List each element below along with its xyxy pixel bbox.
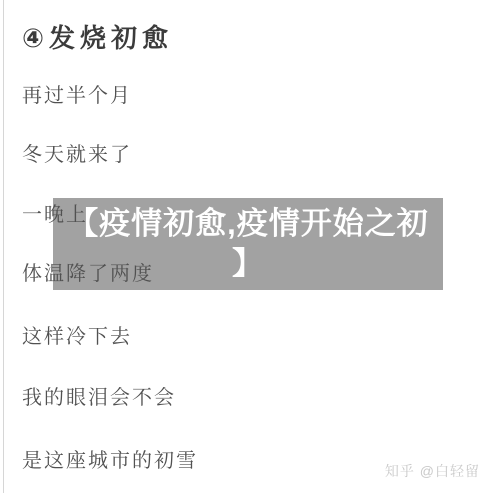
quote-left-border	[3, 0, 4, 493]
article-heading: ④发烧初愈	[22, 18, 173, 55]
poem-line: 再过半个月	[22, 85, 132, 107]
caption-line-2: 】	[232, 244, 264, 284]
poem-line: 这样冷下去	[22, 326, 132, 348]
poem-line: 是这座城市的初雪	[22, 450, 198, 472]
article-page: ④发烧初愈 再过半个月 冬天就来了 一晚上 体温降了两度 这样冷下去 我的眼泪会…	[0, 0, 500, 493]
poem-line: 一晚上	[22, 204, 88, 226]
poem-line: 体温降了两度	[22, 263, 154, 285]
caption-line-1: 【疫情初愈,疫情开始之初	[67, 204, 429, 244]
zhihu-watermark: 知乎 @白轻留	[385, 461, 480, 481]
poem-line: 冬天就来了	[22, 144, 132, 166]
poem-line: 我的眼泪会不会	[22, 387, 176, 409]
